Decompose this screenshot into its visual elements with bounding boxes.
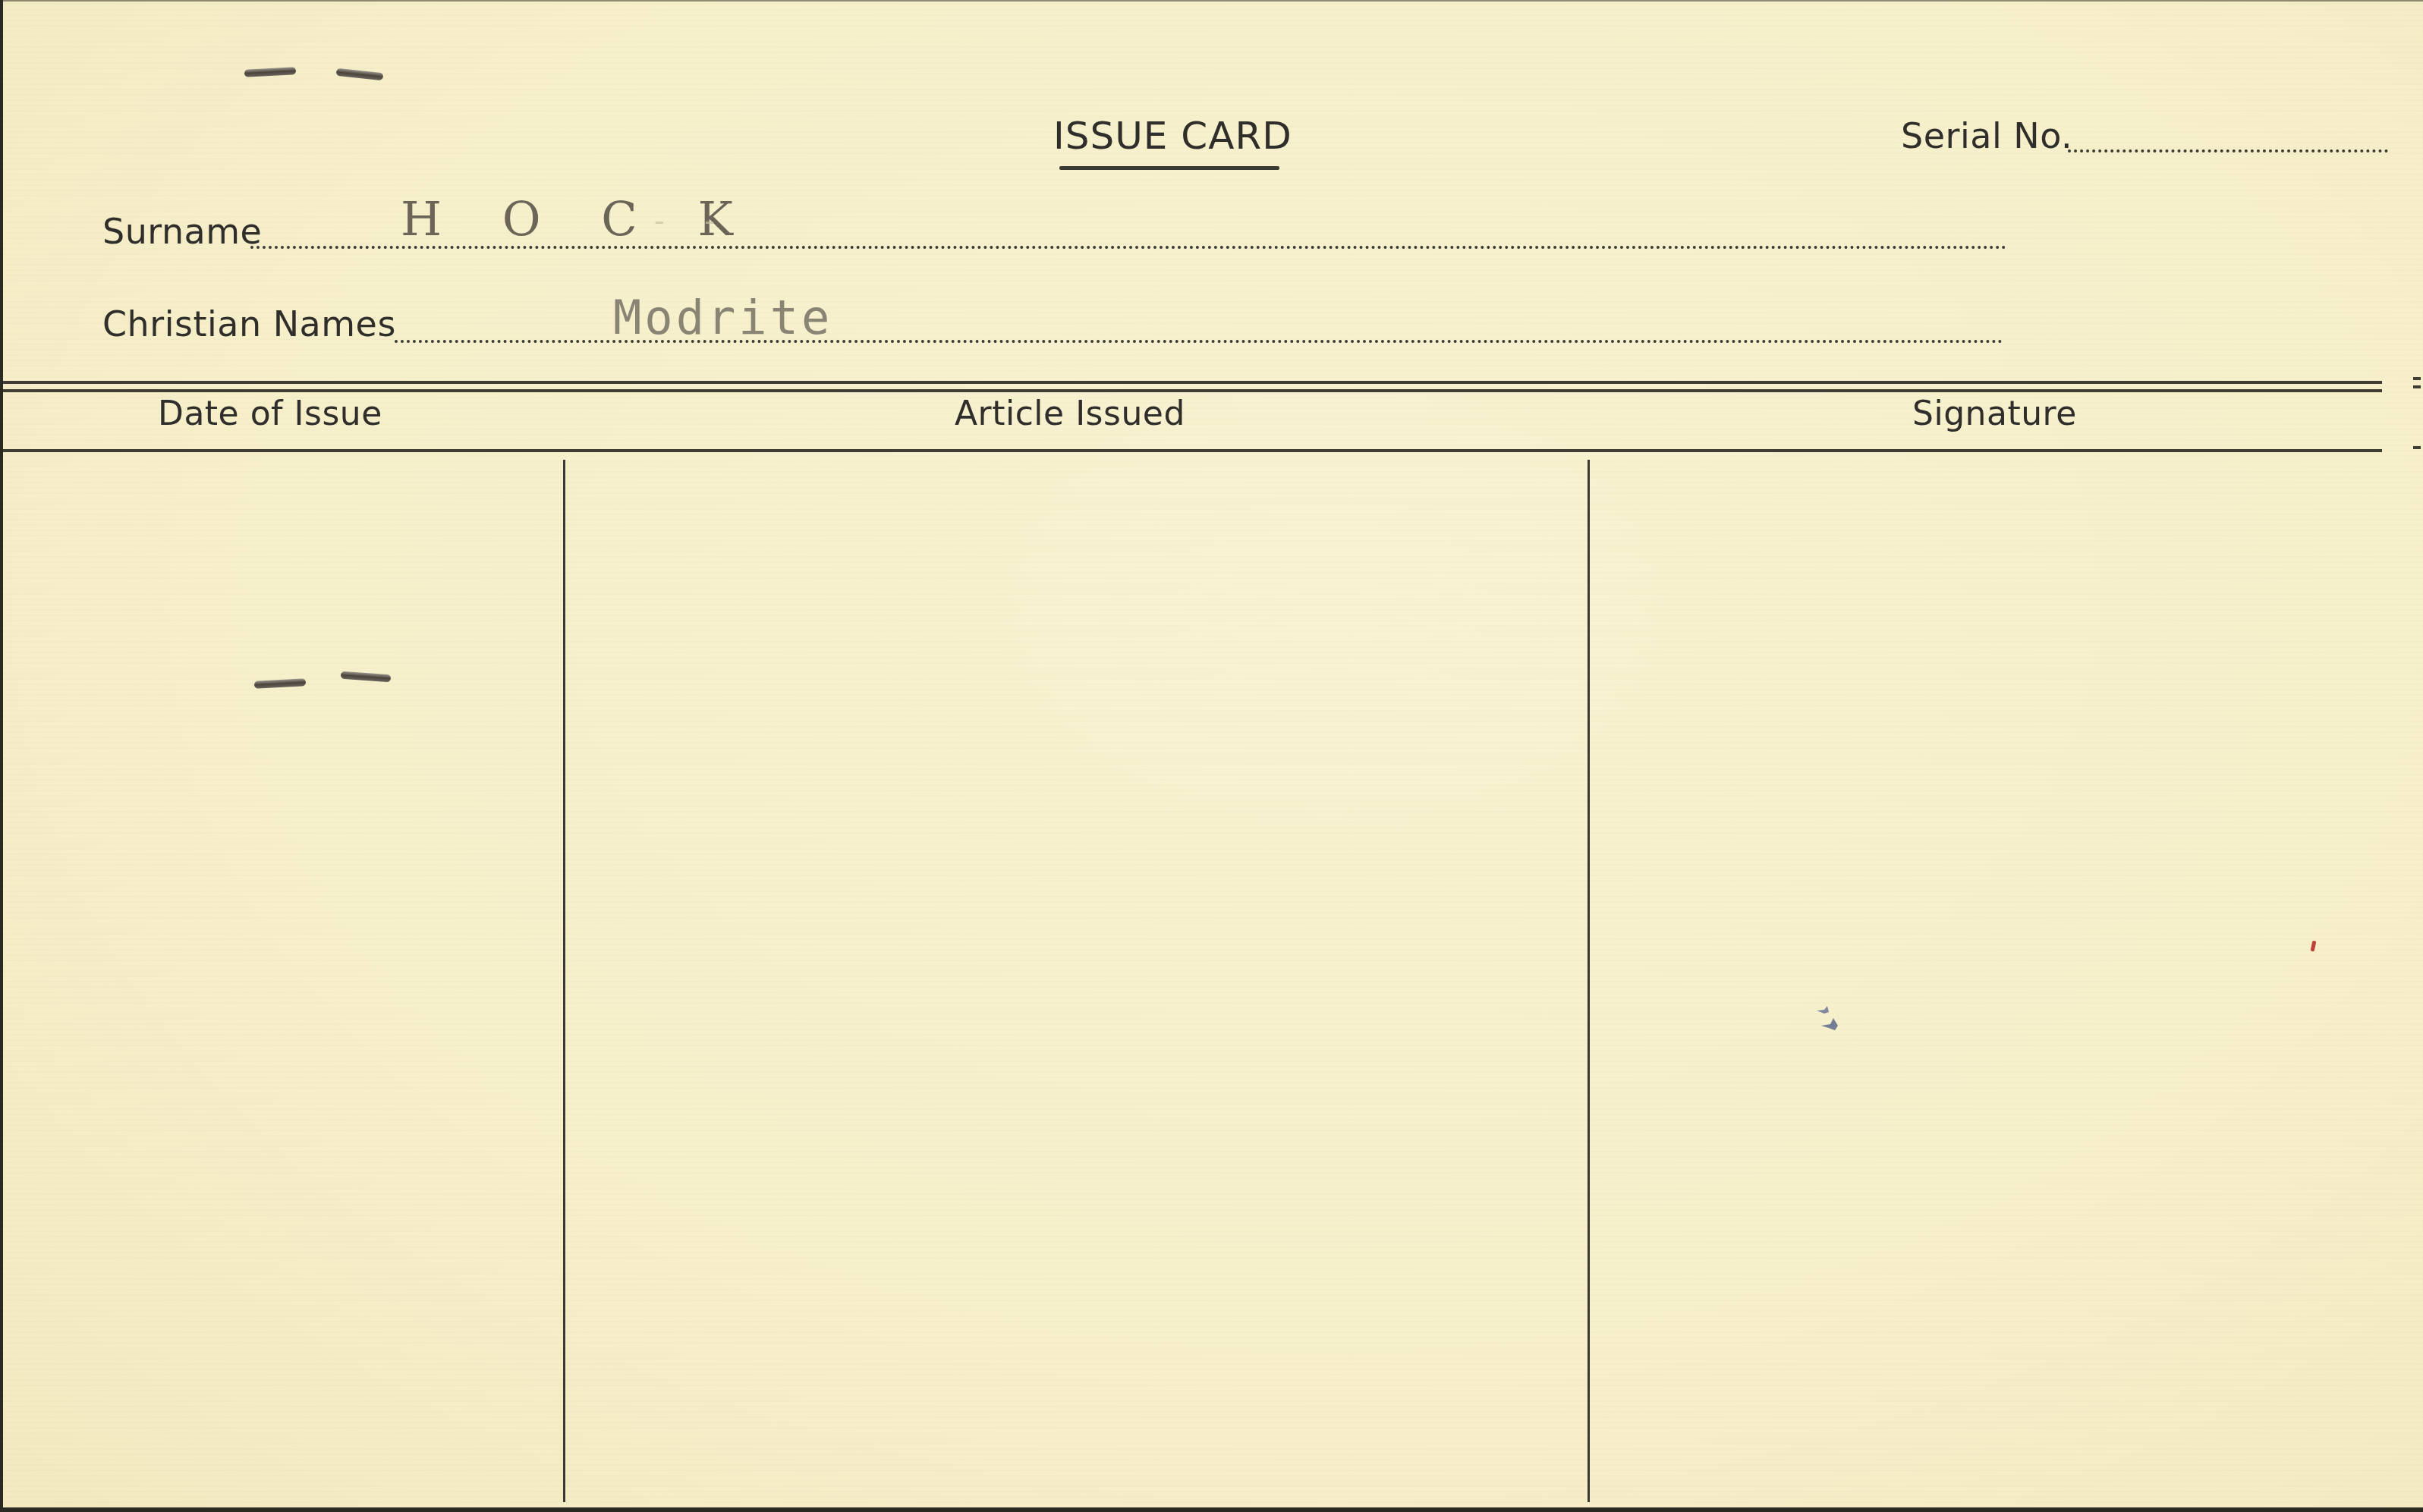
staple-icon bbox=[336, 68, 384, 80]
serial-label: Serial No. bbox=[1901, 115, 2072, 156]
header-double-rule-top bbox=[3, 381, 2382, 384]
column-header-signature: Signature bbox=[1912, 395, 2077, 433]
header-bottom-rule bbox=[3, 449, 2382, 452]
signature-column[interactable] bbox=[1590, 460, 2382, 1502]
card-edge-bottom bbox=[0, 1507, 2423, 1512]
issue-card: ISSUE CARD Serial No. Surname H O C K - … bbox=[0, 0, 2423, 1512]
header-double-rule-bottom bbox=[3, 389, 2382, 392]
staple-icon bbox=[244, 67, 296, 77]
edge-tick bbox=[2413, 385, 2421, 388]
edge-tick bbox=[2413, 377, 2421, 380]
column-divider bbox=[1588, 460, 1590, 1502]
title-underline bbox=[1059, 166, 1279, 170]
edge-tick bbox=[2413, 446, 2421, 449]
christian-names-value[interactable]: Modrite bbox=[613, 290, 832, 345]
date-of-issue-column[interactable] bbox=[3, 460, 563, 1502]
column-divider bbox=[563, 460, 565, 1502]
surname-label: Surname bbox=[102, 211, 262, 252]
christian-names-label: Christian Names bbox=[102, 303, 396, 344]
card-title: ISSUE CARD bbox=[1053, 114, 1292, 158]
surname-faint-text: - - bbox=[654, 203, 730, 238]
ink-mark-icon bbox=[1815, 1003, 1841, 1033]
article-issued-column[interactable] bbox=[565, 460, 1588, 1502]
column-header-article-issued: Article Issued bbox=[955, 395, 1185, 433]
column-header-date-of-issue: Date of Issue bbox=[158, 395, 382, 433]
serial-field[interactable] bbox=[2068, 149, 2388, 152]
card-edge-top bbox=[0, 0, 2423, 2]
issue-table-body bbox=[3, 460, 2382, 1502]
